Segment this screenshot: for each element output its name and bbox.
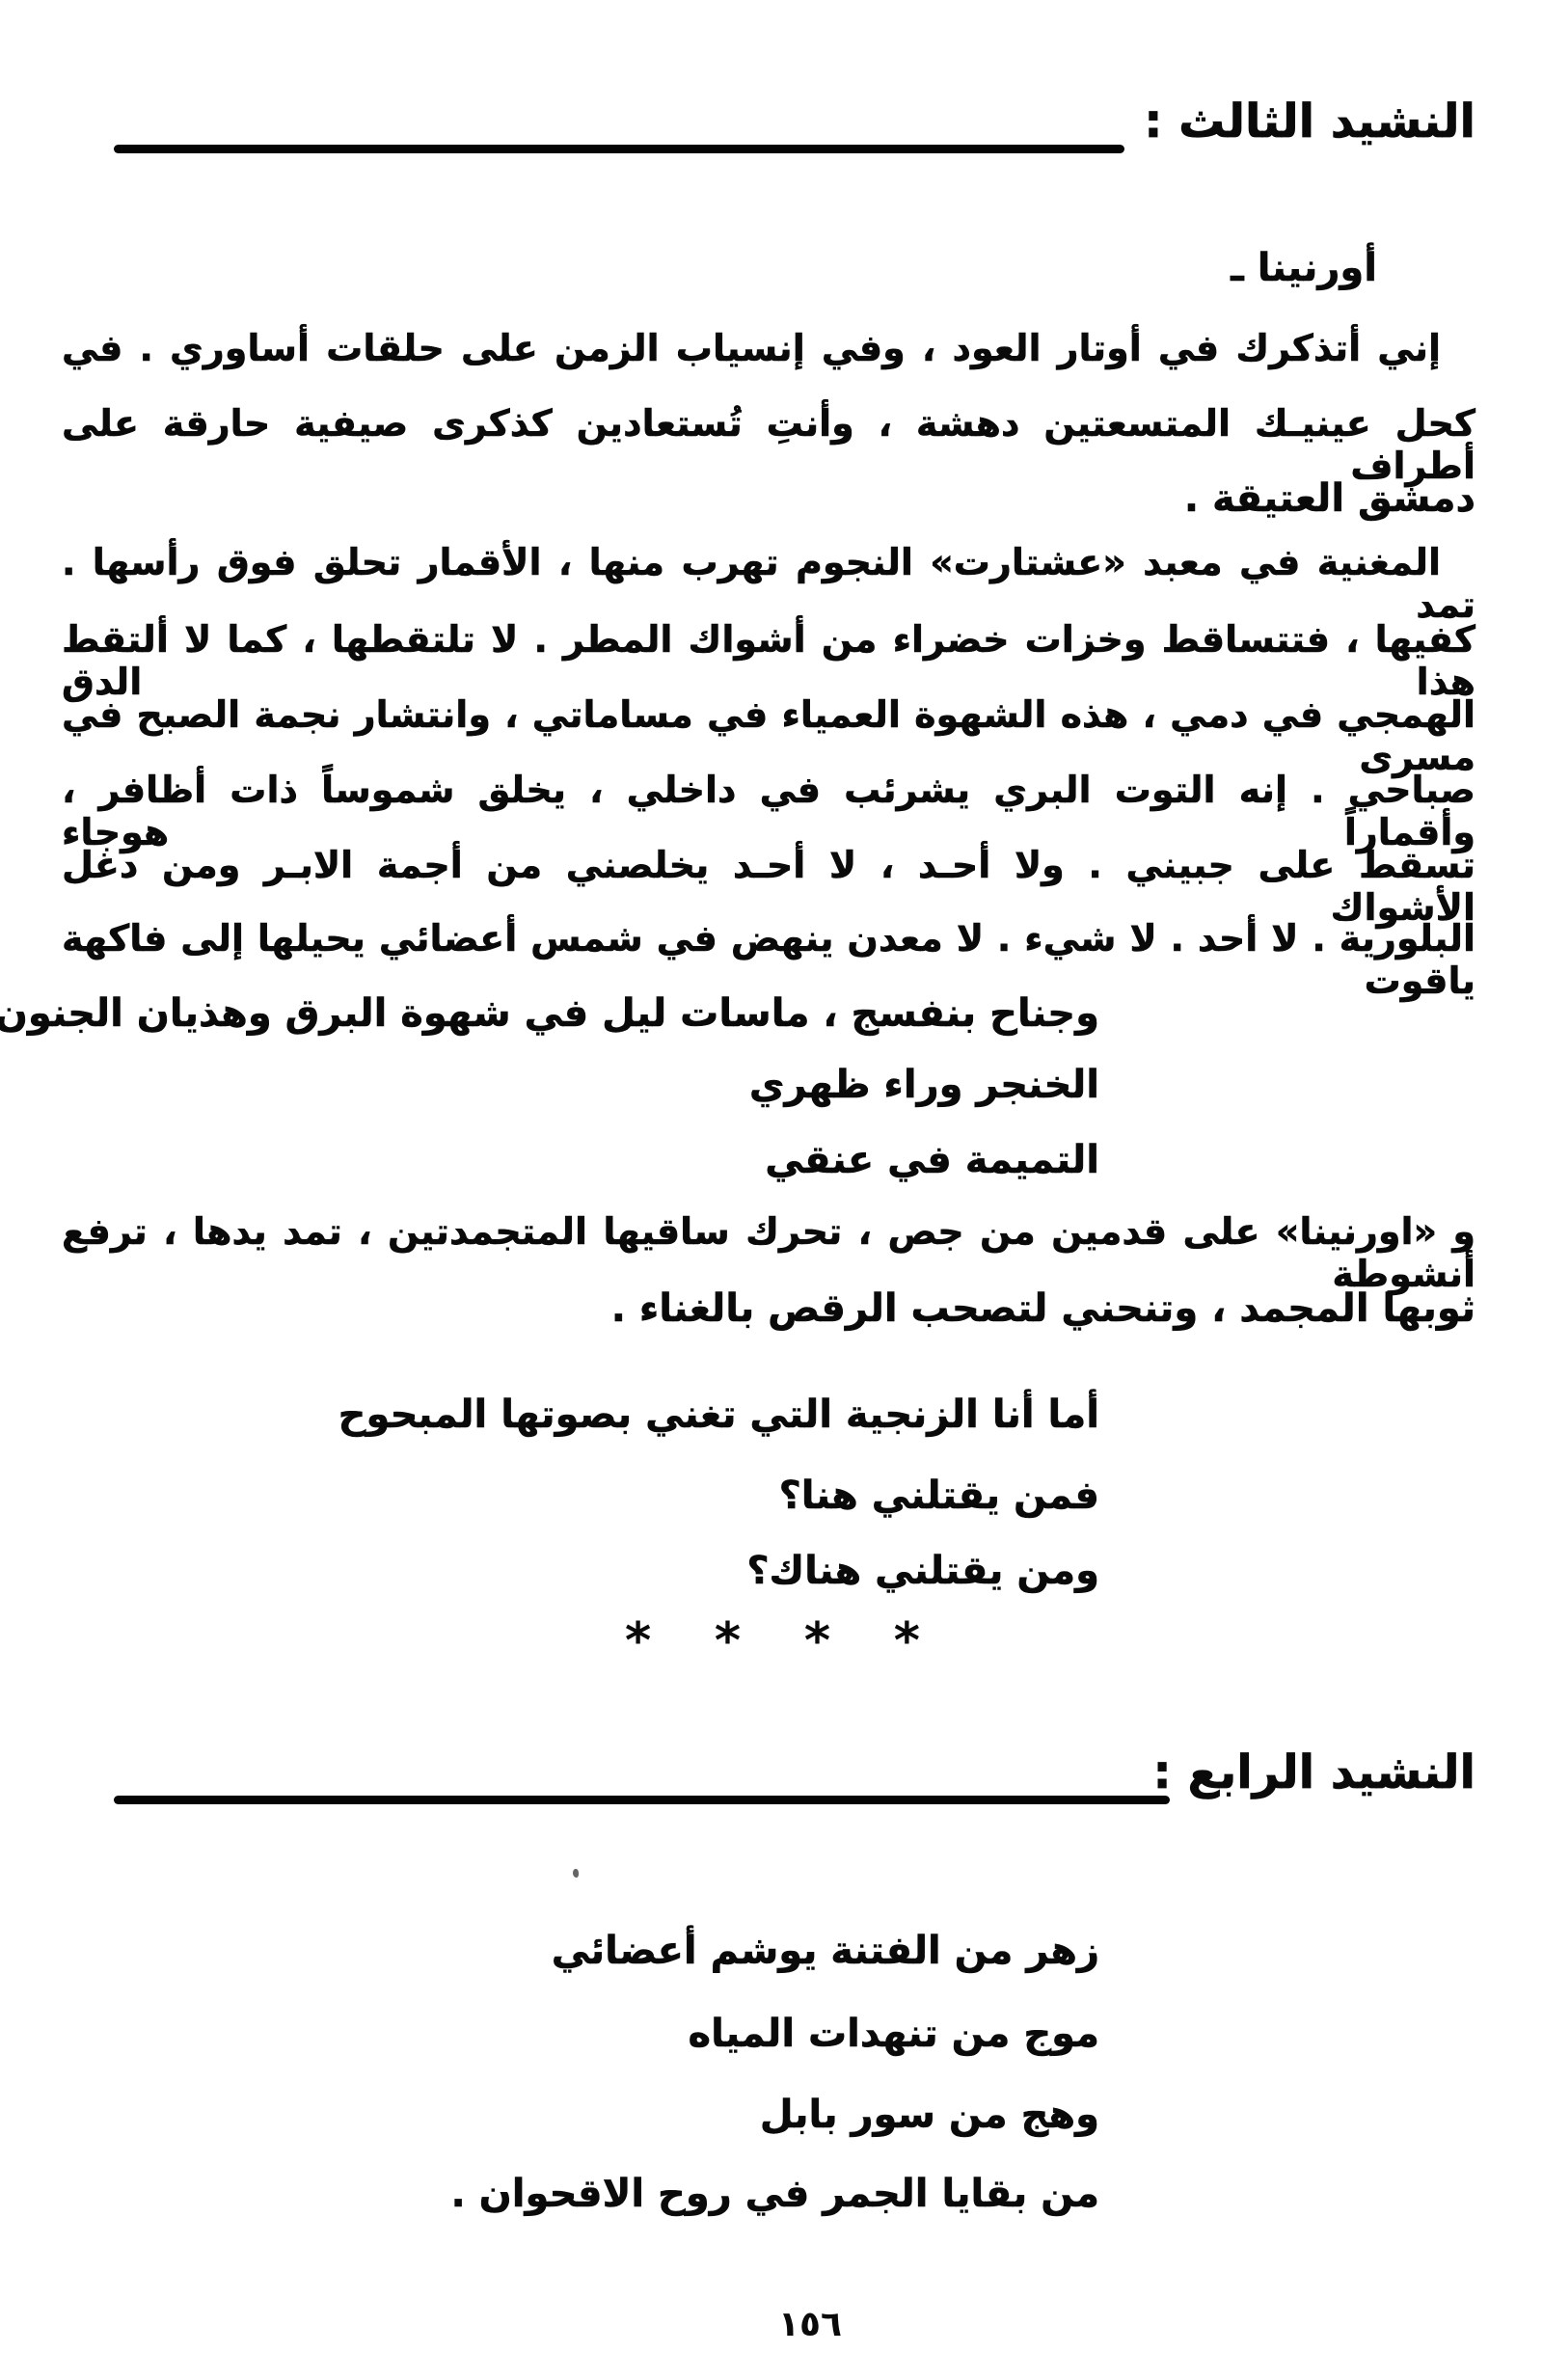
verse-line: فمن يقتلني هنا؟ [779,1474,1099,1518]
section-heading-fourth: النشيد الرابع : [1153,1747,1475,1799]
asterisk-icon: * [894,1612,920,1670]
prose-line: كفيها ، فتتساقط وخزات خضراء من أشواك الم… [62,619,1475,703]
prose-line: الهمجي في دمي ، هذه الشهوة العمياء في مس… [62,694,1475,778]
asterisk-icon: * [804,1612,830,1670]
verse-line: زهر من الفتنة يوشم أعضائي [552,1929,1099,1973]
verse-line: من بقايا الجمر في روح الاقحوان . [451,2172,1099,2216]
prose-line: المغنية في معبد «عشتارت» النجوم تهرب منه… [62,542,1475,626]
verse-line: وهج من سور بابل [760,2093,1099,2137]
book-page: النشيد الثالث : أورنينا ـ إني أتذكرك في … [0,0,1543,2380]
heading-rule [114,145,1124,153]
prose-line: البلورية . لا أحد . لا شيء . لا معدن ينه… [62,918,1475,1002]
verse-line: التميمة في عنقي [765,1138,1099,1182]
asterisk-icon: * [625,1612,651,1670]
prose-line: إني أتذكرك في أوتار العود ، وفي إنسياب ا… [62,328,1475,370]
heading-rule [114,1796,1170,1804]
section-separator-stars: * * * * [625,1612,920,1670]
prose-line: و «اورنينا» على قدمين من جص ، تحرك ساقيه… [62,1211,1475,1295]
section-heading-third: النشيد الثالث : [1144,96,1475,148]
prose-line: دمشق العتيقة . [1184,476,1475,521]
verse-line: أما أنا الزنجية التي تغني بصوتها المبحوح [338,1393,1099,1437]
scan-speck [573,1869,579,1878]
page-number: ١٥٦ [694,2305,926,2344]
verse-line: موج من تنهدات المياه [689,2012,1099,2056]
prose-line: ثوبها المجمد ، وتنحني لتصحب الرقص بالغنا… [611,1286,1475,1331]
speaker-line: أورنينا ـ [1231,246,1377,290]
verse-line: ومن يقتلني هناك؟ [746,1549,1099,1593]
prose-line: صباحي . إنه التوت البري يشرئب في داخلي ،… [62,770,1475,853]
verse-line: الخنجر وراء ظهري [749,1063,1099,1107]
prose-line: كحل عينيـك المتسعتين دهشة ، وأنتِ تُستعا… [62,403,1475,487]
asterisk-icon: * [715,1612,741,1670]
prose-line: وجناح بنفسج ، ماسات ليل في شهوة البرق وه… [0,991,1099,1036]
